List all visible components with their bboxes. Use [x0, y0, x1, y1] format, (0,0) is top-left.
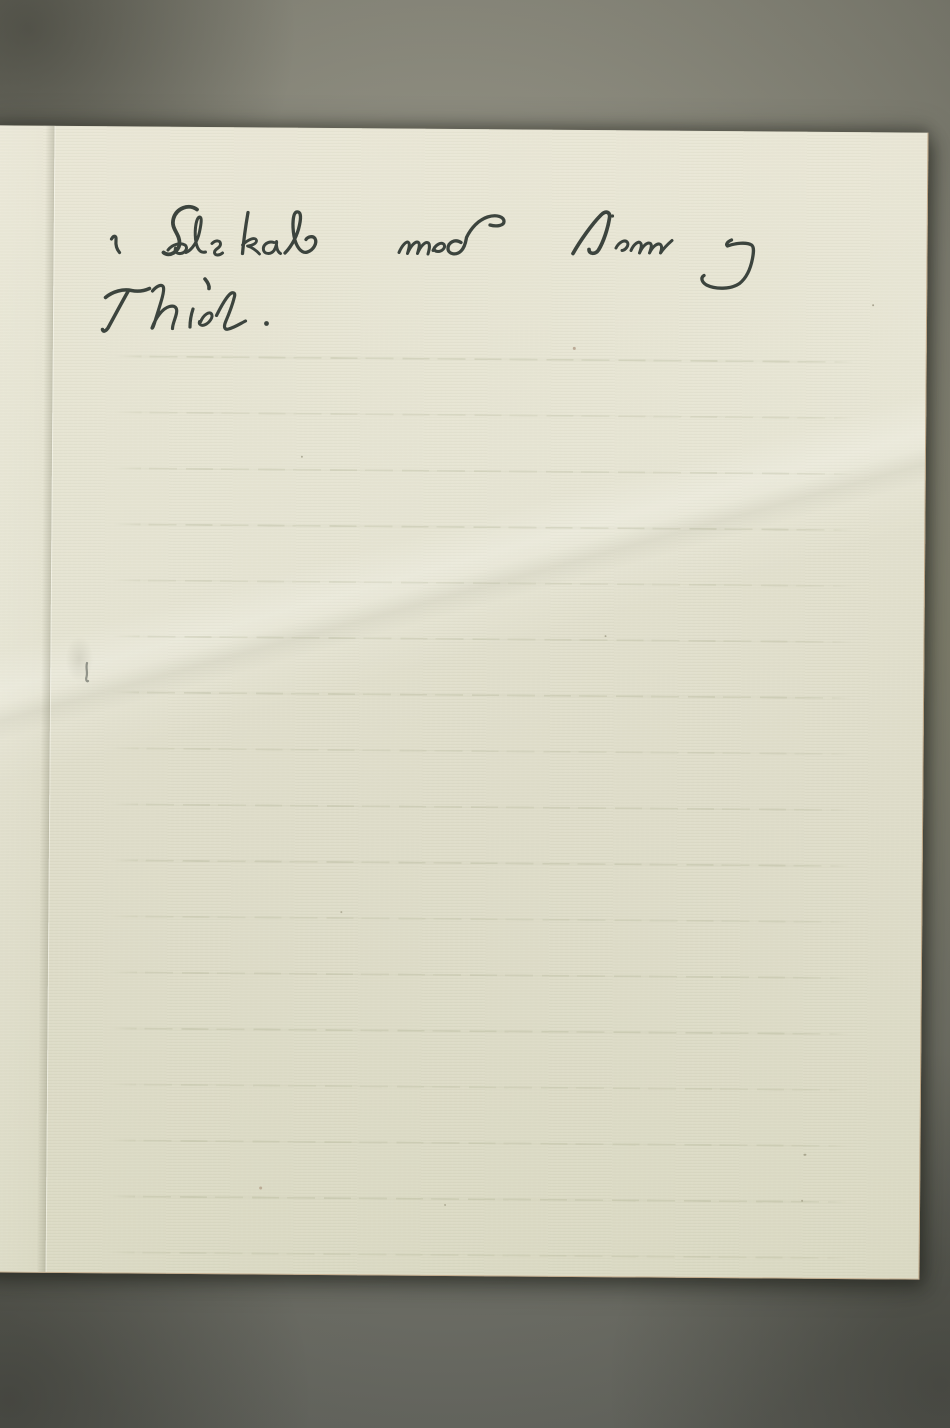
vertical-binding-crease — [0, 125, 55, 1271]
paper-speck — [573, 347, 576, 350]
diagonal-fold-crease — [0, 125, 927, 1278]
paper-speck — [605, 635, 607, 637]
paper-sheet — [0, 125, 928, 1279]
photograph-of-note-page: i Selskab med Dem og Thiel. — [0, 0, 950, 1428]
paper-speck — [340, 911, 342, 913]
paper-speck — [872, 304, 874, 306]
paper-speck — [259, 1186, 262, 1189]
paper-speck — [803, 1154, 806, 1156]
paper-speck — [301, 456, 303, 458]
paper-speck — [801, 1200, 803, 1202]
paper-speck — [444, 1204, 446, 1206]
